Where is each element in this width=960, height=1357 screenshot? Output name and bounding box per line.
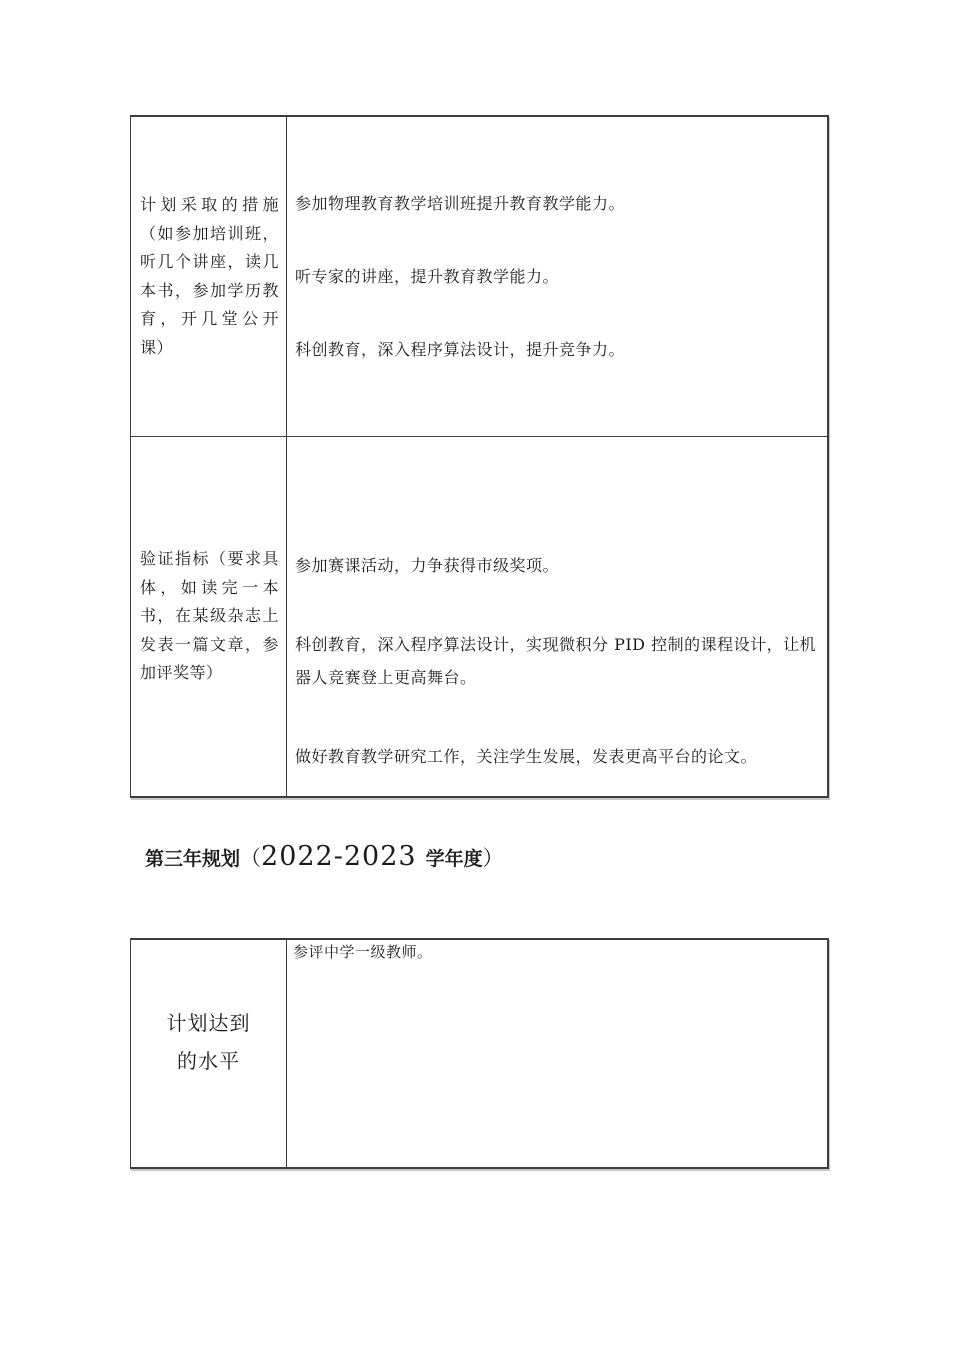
target-level-label-cell: 计划达到的水平 bbox=[131, 939, 287, 1168]
heading-paren-open: （ bbox=[240, 846, 261, 870]
table-row-verification: 验证指标（要求具体，如读完一本书，在某级杂志上发表一篇文章，参加评奖等） 参加赛… bbox=[131, 437, 828, 798]
heading-paren-close: ） bbox=[483, 846, 504, 870]
measures-content-cell: 参加物理教育教学培训班提升教育教学能力。 听专家的讲座，提升教育教学能力。 科创… bbox=[287, 116, 828, 437]
table-row-target-level: 计划达到的水平 参评中学一级教师。 bbox=[131, 939, 828, 1168]
heading-suffix: 学年度 bbox=[426, 848, 483, 870]
table-row-measures: 计划采取的措施（如参加培训班，听几个讲座，读几本书，参加学历教育，开几堂公开课）… bbox=[131, 116, 828, 437]
verification-label: 验证指标（要求具体，如读完一本书，在某级杂志上发表一篇文章，参加评奖等） bbox=[140, 545, 279, 688]
year3-section-heading: 第三年规划（2022-2023学年度） bbox=[145, 841, 504, 872]
heading-years: 2022-2023 bbox=[261, 841, 417, 872]
verification-item-3: 做好教育教学研究工作，关注学生发展，发表更高平台的论文。 bbox=[295, 740, 817, 773]
measures-label: 计划采取的措施（如参加培训班，听几个讲座，读几本书，参加学历教育，开几堂公开课） bbox=[140, 191, 279, 362]
target-level-item-1: 参评中学一级教师。 bbox=[293, 942, 819, 963]
verification-label-cell: 验证指标（要求具体，如读完一本书，在某级杂志上发表一篇文章，参加评奖等） bbox=[131, 437, 287, 798]
verification-item-2: 科创教育，深入程序算法设计，实现微积分 PID 控制的课程设计，让机器人竞赛登上… bbox=[295, 628, 817, 694]
heading-prefix: 第三年规划 bbox=[145, 848, 240, 870]
verification-content-cell: 参加赛课活动，力争获得市级奖项。 科创教育，深入程序算法设计，实现微积分 PID… bbox=[287, 437, 828, 798]
target-level-label: 计划达到的水平 bbox=[165, 1004, 253, 1080]
verification-item-1: 参加赛课活动，力争获得市级奖项。 bbox=[295, 549, 817, 582]
document-page: 计划采取的措施（如参加培训班，听几个讲座，读几本书，参加学历教育，开几堂公开课）… bbox=[0, 0, 960, 1357]
measures-item-3: 科创教育，深入程序算法设计，提升竞争力。 bbox=[295, 336, 817, 364]
target-level-content-cell: 参评中学一级教师。 bbox=[287, 939, 828, 1168]
year2-plan-table: 计划采取的措施（如参加培训班，听几个讲座，读几本书，参加学历教育，开几堂公开课）… bbox=[130, 115, 829, 798]
measures-label-cell: 计划采取的措施（如参加培训班，听几个讲座，读几本书，参加学历教育，开几堂公开课） bbox=[131, 116, 287, 437]
measures-item-1: 参加物理教育教学培训班提升教育教学能力。 bbox=[295, 190, 817, 218]
year3-plan-table: 计划达到的水平 参评中学一级教师。 bbox=[130, 938, 829, 1169]
measures-item-2: 听专家的讲座，提升教育教学能力。 bbox=[295, 263, 817, 291]
